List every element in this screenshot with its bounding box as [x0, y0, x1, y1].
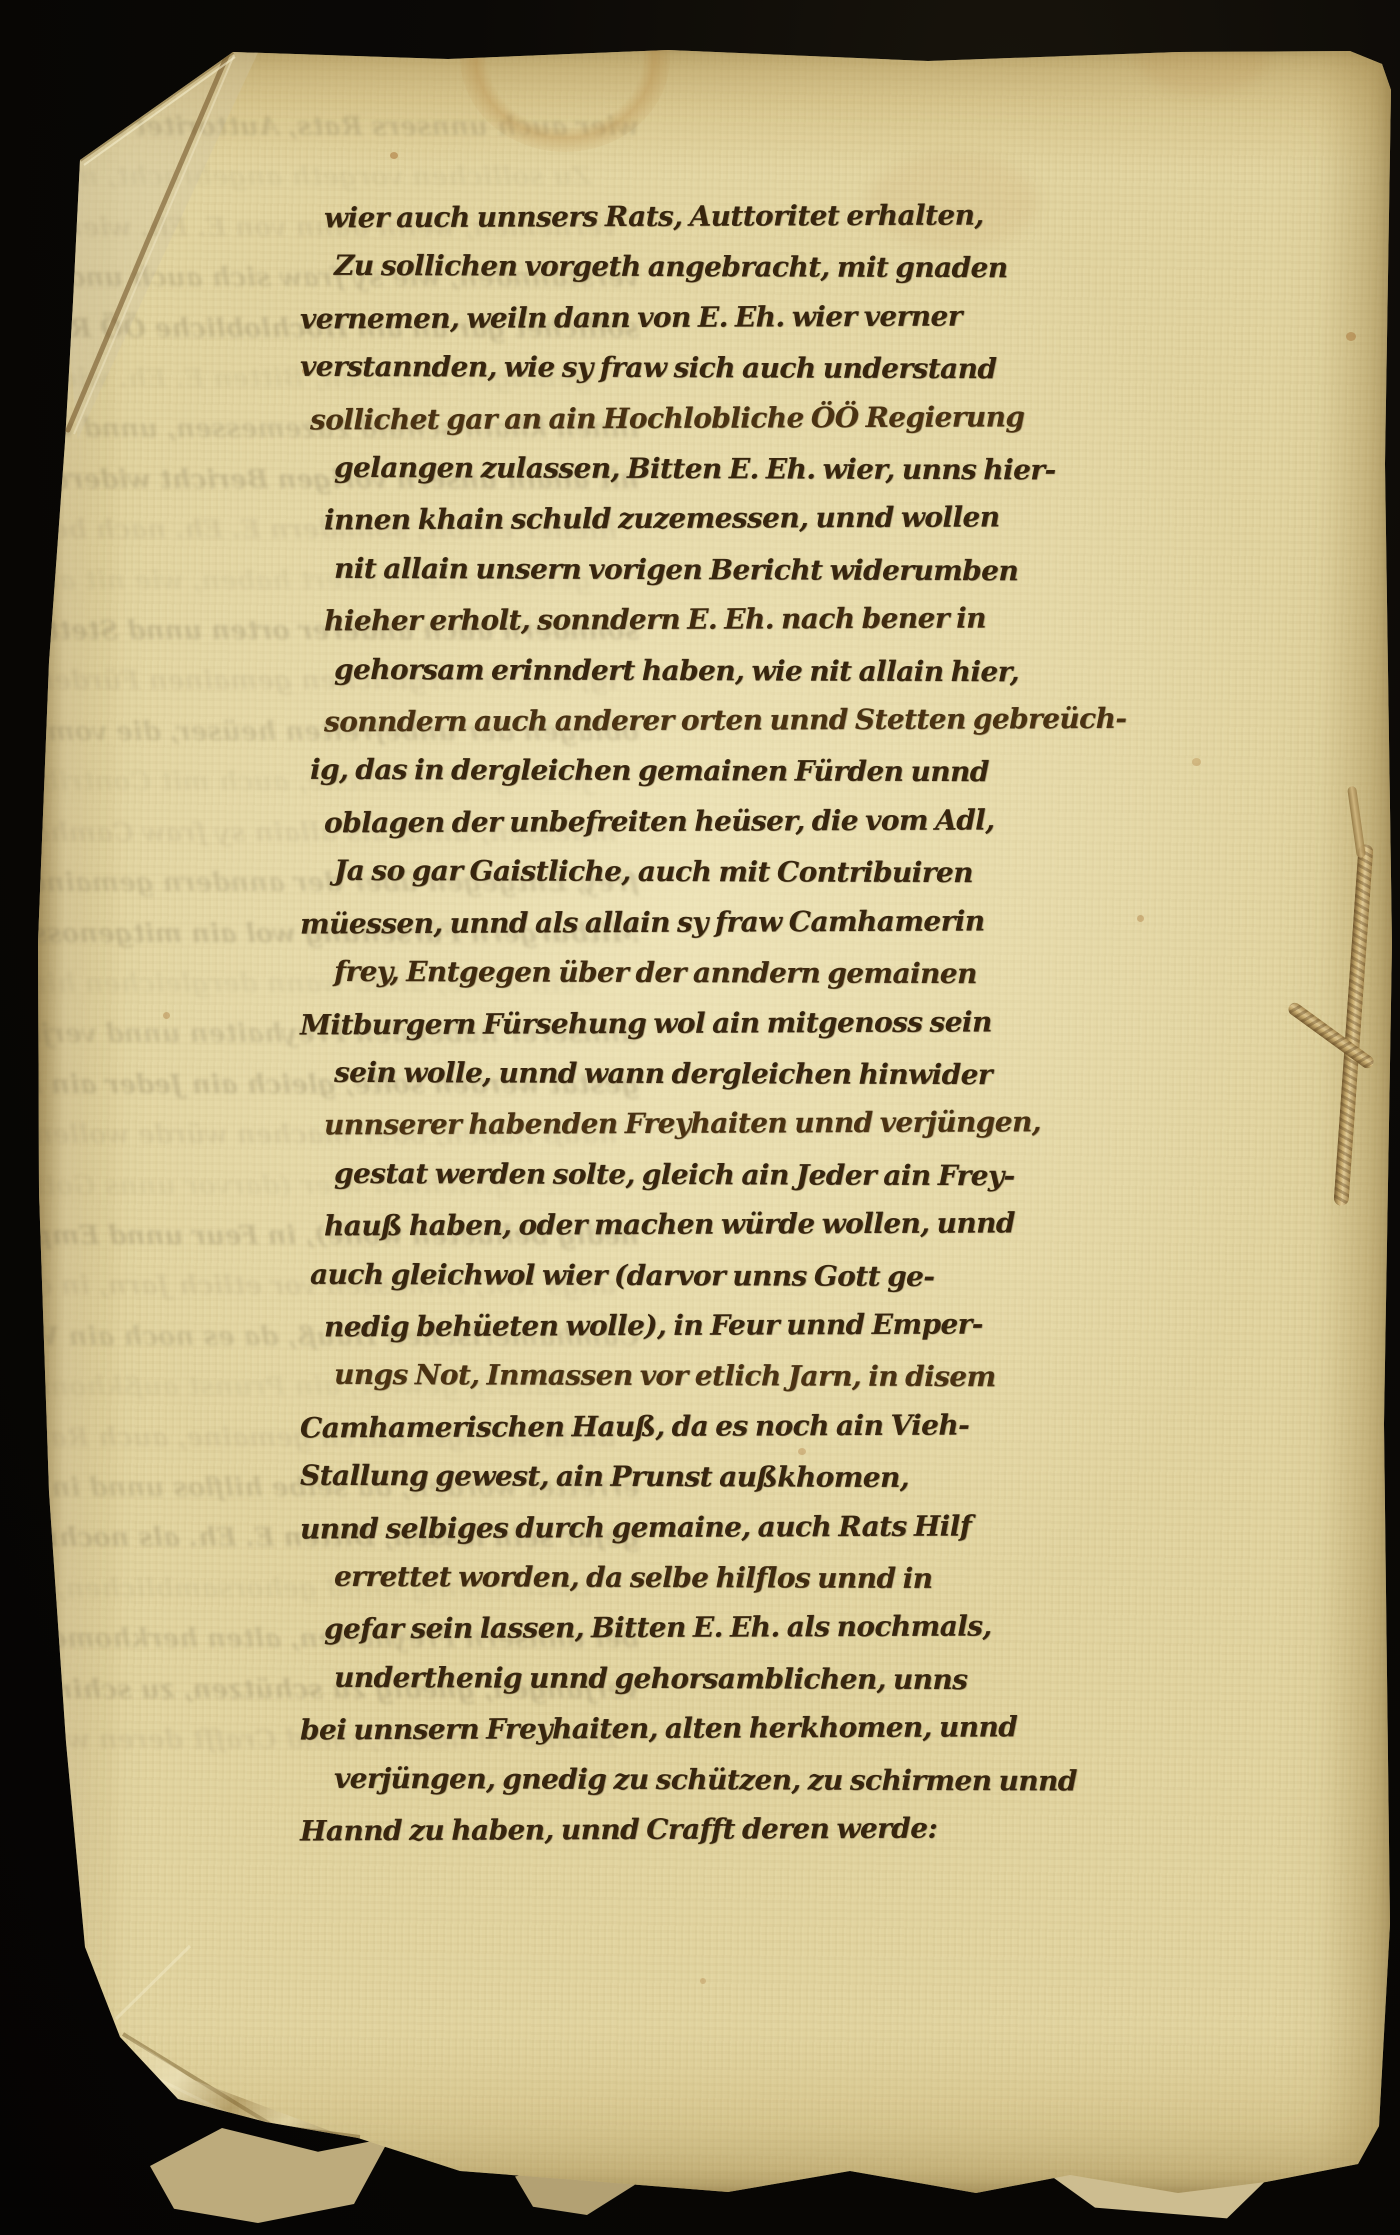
manuscript-line: auch gleichwol wier (darvor unns Gott ge… [310, 1249, 960, 1302]
manuscript-line: oblagen der unbefreiten heüser, die vom … [324, 795, 960, 848]
manuscript-line: frey, Entgegen über der anndern gemainen [334, 947, 960, 1000]
manuscript-line: underthenig unnd gehorsamblichen, unns [334, 1653, 960, 1706]
manuscript-line: sollichet gar an ain Hochlobliche ÖÖ Reg… [310, 392, 960, 445]
manuscript-line: Zu sollichen vorgeth angebracht, mit gna… [334, 241, 960, 294]
manuscript-text: wier auch unnsers Rats, Auttoritet erhal… [300, 192, 960, 1855]
manuscript-line: ungs Not, Inmassen vor etlich Jarn, in d… [334, 1350, 960, 1403]
manuscript-line: hieher erholt, sonndern E. Eh. nach bene… [324, 594, 960, 647]
manuscript-line: gelangen zulassen, Bitten E. Eh. wier, u… [334, 443, 960, 496]
manuscript-line: gestat werden solte, gleich ain Jeder ai… [334, 1149, 960, 1202]
manuscript-line: sonndern auch anderer orten unnd Stetten… [324, 695, 960, 748]
manuscript-line: Mitburgern Fürsehung wol ain mitgenoss s… [300, 997, 960, 1050]
manuscript-line: müessen, unnd als allain sy fraw Camhame… [300, 896, 960, 949]
manuscript-line: wier auch unnsers Rats, Auttoritet erhal… [324, 191, 960, 244]
manuscript-page: wier auch unnsers Rats, Auttoritet erhal… [28, 44, 1393, 2194]
photo-background: wier auch unnsers Rats, Auttoritet erhal… [0, 0, 1400, 2235]
manuscript-line: unnd selbiges durch gemaine, auch Rats H… [300, 1501, 960, 1554]
manuscript-line: sein wolle, unnd wann dergleichen hinwid… [334, 1048, 960, 1101]
manuscript-line: unnserer habenden Freyhaiten unnd verjün… [324, 1098, 960, 1151]
torn-paper-scrap [150, 2128, 390, 2223]
manuscript-line: gefar sein lassen, Bitten E. Eh. als noc… [324, 1602, 960, 1655]
manuscript-line: verstannden, wie sy fraw sich auch under… [300, 342, 960, 395]
manuscript-line: Stallung gewest, ain Prunst außkhomen, [300, 1451, 960, 1504]
manuscript-line: Hannd zu haben, unnd Crafft deren werde: [300, 1804, 960, 1857]
manuscript-line: innen khain schuld zuzemessen, unnd woll… [324, 493, 960, 546]
manuscript-line: gehorsam erinndert haben, wie nit allain… [334, 645, 960, 698]
manuscript-line: bei unnsern Freyhaiten, alten herkhomen,… [300, 1703, 960, 1756]
manuscript-line: vernemen, weiln dann von E. Eh. wier ver… [300, 291, 960, 344]
manuscript-line: Camhamerischen Hauß, da es noch ain Vieh… [300, 1400, 960, 1453]
manuscript-line: hauß haben, oder machen würde wollen, un… [324, 1199, 960, 1252]
folio-number: 7 [55, 67, 86, 116]
manuscript-line: errettet worden, da selbe hilflos unnd i… [334, 1552, 960, 1605]
manuscript-line: ig, das in dergleichen gemainen Fürden u… [310, 745, 960, 798]
manuscript-line: nedig behüeten wolle), in Feur unnd Empe… [324, 1300, 960, 1353]
manuscript-line: verjüngen, gnedig zu schützen, zu schirm… [334, 1754, 960, 1807]
manuscript-line: Ja so gar Gaistliche, auch mit Contribui… [334, 846, 960, 899]
manuscript-line: nit allain unsern vorigen Bericht wideru… [334, 544, 960, 597]
